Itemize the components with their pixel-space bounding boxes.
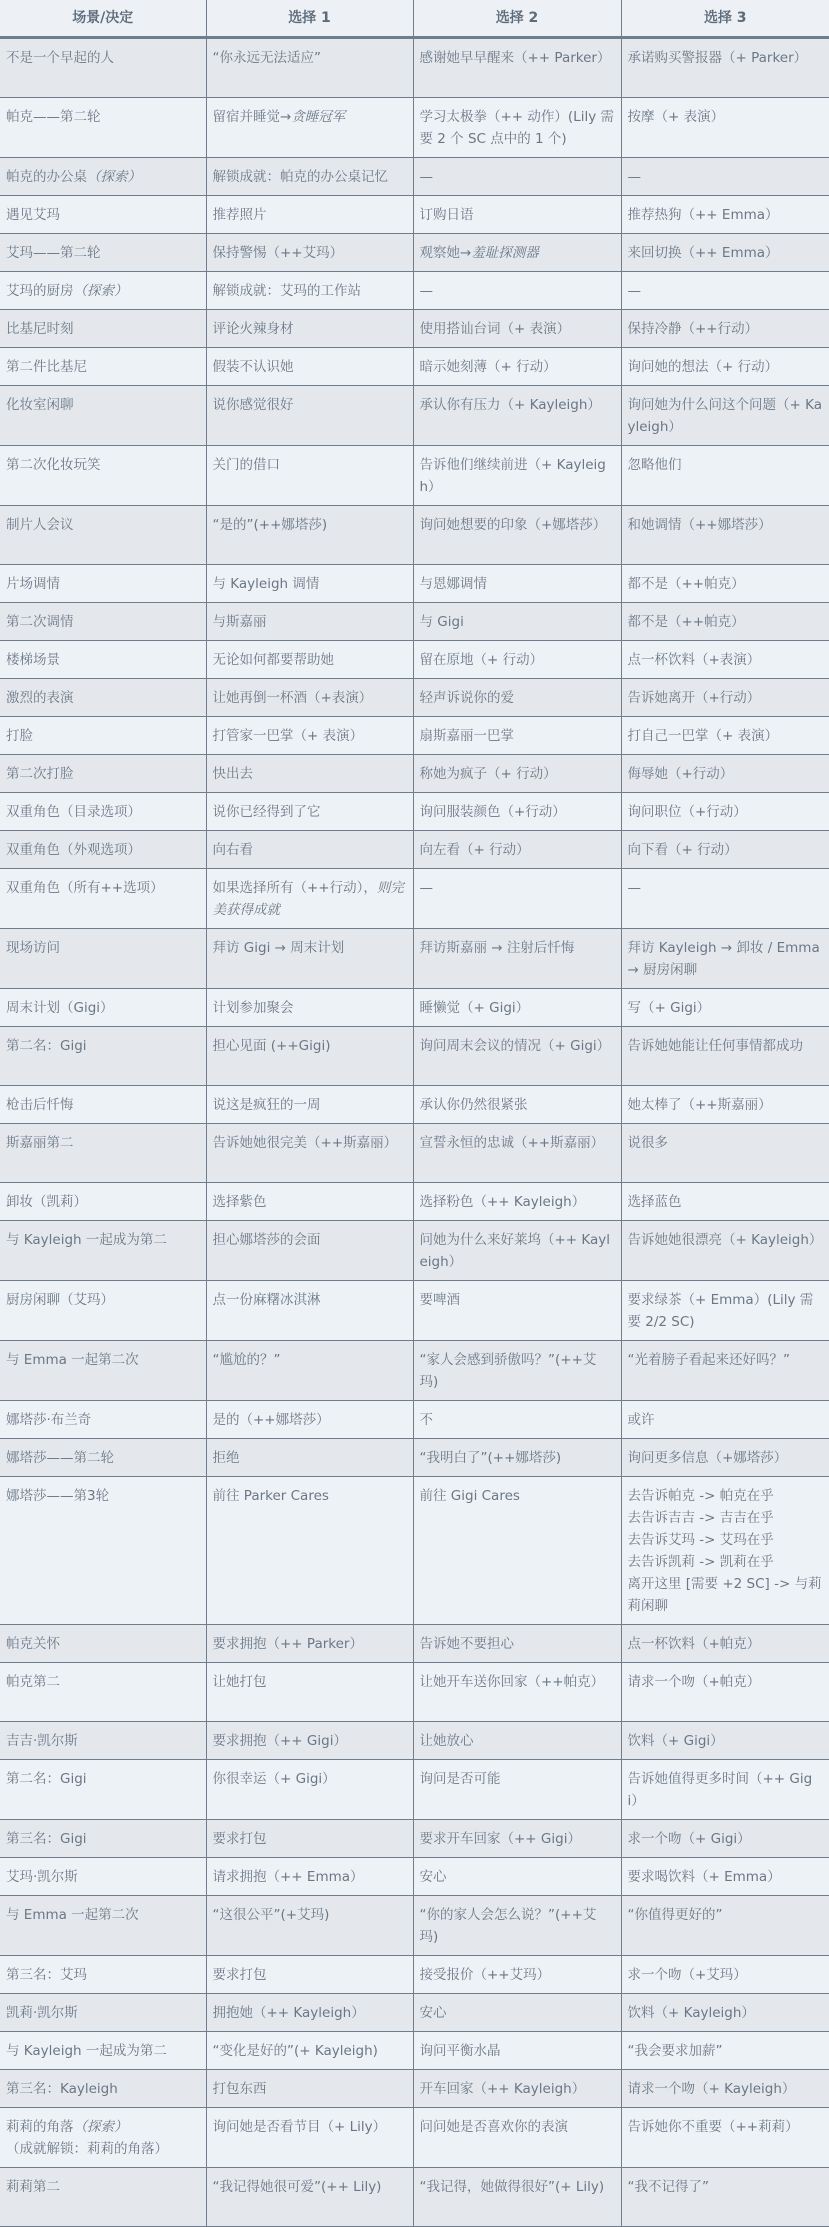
scene-cell: 吉吉·凯尔斯 [0, 1722, 206, 1760]
choice-2-cell-text: 学习太极拳（++ 动作）(Lily 需要 2 个 SC 点中的 1 个) [420, 109, 614, 147]
choice-3-cell: 请求一个吻（+帕克） [621, 1663, 829, 1722]
choice-2-cell: 留在原地（+ 行动） [413, 641, 621, 679]
choice-3-cell: 点一杯饮料（+表演） [621, 641, 829, 679]
choice-1-cell-text: 让她再倒一杯酒（+表演） [213, 690, 373, 706]
table-row: 制片人会议“是的”(++娜塔莎)询问她想要的印象（+娜塔莎）和她调情（++娜塔莎… [0, 506, 829, 565]
choice-2-cell: 与恩娜调情 [413, 565, 621, 603]
table-row: 帕克的办公桌（探索）解锁成就：帕克的办公桌记忆—— [0, 158, 829, 196]
choice-3-cell-text: — [628, 880, 642, 896]
choice-2-cell: 轻声诉说你的爱 [413, 679, 621, 717]
scene-cell-text: 与 Kayleigh 一起成为第二 [6, 1232, 167, 1248]
choice-1-cell-text: 如果选择所有（++行动）， [213, 880, 377, 896]
scene-cell-text: 卸妆（凯莉） [6, 1194, 87, 1210]
choice-3-cell: 推荐热狗（++ Emma） [621, 196, 829, 234]
scene-cell: 制片人会议 [0, 506, 206, 565]
choice-1-cell-text: 无论如何都要帮助她 [213, 652, 335, 668]
scene-cell-text: 凯莉·凯尔斯 [6, 2005, 78, 2021]
choice-1-cell: 与斯嘉丽 [206, 603, 413, 641]
choice-3-cell: 告诉她离开（+行动） [621, 679, 829, 717]
choice-3-cell: 都不是（++帕克） [621, 603, 829, 641]
choice-2-cell-text: 开车回家（++ Kayleigh） [420, 2081, 586, 2097]
choice-2-cell: 问她为什么来好莱坞（++ Kayleigh） [413, 1221, 621, 1281]
choice-2-cell: 询问是否可能 [413, 1760, 621, 1820]
choice-2-cell: 开车回家（++ Kayleigh） [413, 2070, 621, 2108]
choice-2-cell-text: 接受报价（++艾玛） [420, 1967, 551, 1983]
scene-cell-text: 斯嘉丽第二 [6, 1135, 74, 1151]
scene-cell-text: 第三名：Kayleigh [6, 2081, 118, 2097]
choice-2-cell: 询问周末会议的情况（+ Gigi） [413, 1027, 621, 1086]
choice-2-cell-text: 订购日语 [420, 207, 474, 223]
choice-3-cell-text: 请求一个吻（+帕克） [628, 1674, 761, 1690]
choice-1-cell: 与 Kayleigh 调情 [206, 565, 413, 603]
choice-3-cell-text: — [628, 283, 642, 299]
choice-1-cell-text: 拥抱她（++ Kayleigh） [213, 2005, 365, 2021]
choice-2-cell-text: 轻声诉说你的爱 [420, 690, 515, 706]
choice-2-cell: 称她为疯子（+ 行动） [413, 755, 621, 793]
choice-3-line: 去告诉吉吉 -> 吉吉在乎 [628, 1507, 823, 1529]
choice-2-cell-text: — [420, 880, 434, 896]
choice-1-cell-text: 与斯嘉丽 [213, 614, 267, 630]
scene-cell: 双重角色（外观选项） [0, 831, 206, 869]
choice-1-cell: 你很幸运（+ Gigi） [206, 1760, 413, 1820]
scene-cell: 第二次调情 [0, 603, 206, 641]
choice-2-cell: 扇斯嘉丽一巴掌 [413, 717, 621, 755]
choice-3-cell: 选择蓝色 [621, 1183, 829, 1221]
choice-2-cell-text: 与恩娜调情 [420, 576, 488, 592]
choice-2-cell-text: “你的家人会怎么说？”(++艾玛) [420, 1907, 597, 1945]
choice-2-cell-text: 要啤酒 [420, 1292, 461, 1308]
choice-1-cell: 关门的借口 [206, 446, 413, 506]
choice-1-cell-text: 解锁成就：帕克的办公桌记忆 [213, 169, 389, 185]
scene-cell: 莉莉第二 [0, 2168, 206, 2227]
scene-cell-text: 第二件比基尼 [6, 359, 87, 375]
scene-cell: 打脸 [0, 717, 206, 755]
choice-2-cell: 询问她想要的印象（+娜塔莎） [413, 506, 621, 565]
choice-1-cell: 假装不认识她 [206, 348, 413, 386]
scene-cell-text: 艾玛的厨房 [6, 283, 74, 299]
scene-cell: 激烈的表演 [0, 679, 206, 717]
choice-3-cell-text: 推荐热狗（++ Emma） [628, 207, 779, 223]
table-row: 娜塔莎·布兰奇是的（++娜塔莎）不或许 [0, 1401, 829, 1439]
choice-2-cell-text: 感谢她早早醒来（++ Parker） [420, 50, 611, 66]
table-row: 周末计划（Gigi）计划参加聚会睡懒觉（+ Gigi）写（+ Gigi） [0, 989, 829, 1027]
choice-3-cell-text: 和她调情（++娜塔莎） [628, 517, 772, 533]
choice-3-cell: 请求一个吻（+ Kayleigh） [621, 2070, 829, 2108]
choice-1-cell-text: 留宿并睡觉→ [213, 109, 292, 125]
choice-1-cell-text: 向右看 [213, 842, 254, 858]
choice-2-cell-text: 问问她是否喜欢你的表演 [420, 2119, 569, 2135]
choice-3-cell: 告诉她她能让任何事情都成功 [621, 1027, 829, 1086]
choice-2-cell-text: 询问是否可能 [420, 1771, 501, 1787]
scene-cell: 厨房闲聊（艾玛） [0, 1281, 206, 1341]
choice-3-cell: 询问更多信息（+娜塔莎） [621, 1439, 829, 1477]
choice-2-cell-text: — [420, 283, 434, 299]
choice-3-cell: 和她调情（++娜塔莎） [621, 506, 829, 565]
choice-3-cell: — [621, 158, 829, 196]
table-row: 第二名：Gigi你很幸运（+ Gigi）询问是否可能告诉她值得更多时间（++ G… [0, 1760, 829, 1820]
scene-cell: 斯嘉丽第二 [0, 1124, 206, 1183]
choice-3-cell: 饮料（+ Gigi） [621, 1722, 829, 1760]
choice-3-line: 去告诉凯莉 -> 凯莉在乎 [628, 1551, 823, 1573]
choice-2-cell: 前往 Gigi Cares [413, 1477, 621, 1625]
choice-3-cell: — [621, 272, 829, 310]
choice-2-cell: “我明白了”(++娜塔莎) [413, 1439, 621, 1477]
choice-1-cell-text: 计划参加聚会 [213, 1000, 294, 1016]
choice-3-cell: 说很多 [621, 1124, 829, 1183]
choice-3-cell-text: 或许 [628, 1412, 655, 1428]
choice-1-cell: 告诉她她很完美（++斯嘉丽） [206, 1124, 413, 1183]
choice-1-cell: “你永远无法适应” [206, 38, 413, 98]
choice-2-cell: 睡懒觉（+ Gigi） [413, 989, 621, 1027]
choice-3-cell-text: “光着膀子看起来还好吗？” [628, 1352, 791, 1368]
choice-2-cell: 让她放心 [413, 1722, 621, 1760]
choice-2-cell-text: 选择粉色（++ Kayleigh） [420, 1194, 586, 1210]
scene-cell-text: 娜塔莎——第二轮 [6, 1450, 114, 1466]
scene-cell: 卸妆（凯莉） [0, 1183, 206, 1221]
table-row: 比基尼时刻评论火辣身材使用搭讪台词（+ 表演）保持冷静（++行动） [0, 310, 829, 348]
choice-2-cell: 暗示她刻薄（+ 行动） [413, 348, 621, 386]
table-row: 帕克第二让她打包让她开车送你回家（++帕克）请求一个吻（+帕克） [0, 1663, 829, 1722]
choice-3-line: 离开这里 [需要 +2 SC] -> 与莉莉闲聊 [628, 1573, 823, 1617]
choice-2-cell: 告诉他们继续前进（+ Kayleigh） [413, 446, 621, 506]
scene-cell-text: 双重角色（所有++选项） [6, 880, 164, 896]
scene-cell-text: 双重角色（目录选项） [6, 804, 141, 820]
choice-2-cell: — [413, 158, 621, 196]
choice-1-cell: 打包东西 [206, 2070, 413, 2108]
choice-1-cell-text: “变化是好的”(+ Kayleigh) [213, 2043, 378, 2059]
choice-1-cell-text: 说你已经得到了它 [213, 804, 321, 820]
choice-2-cell: 选择粉色（++ Kayleigh） [413, 1183, 621, 1221]
choice-2-cell-text: “家人会感到骄傲吗？”(++艾玛) [420, 1352, 597, 1390]
choice-1-cell: 说你已经得到了它 [206, 793, 413, 831]
choice-1-cell-text: 告诉她她很完美（++斯嘉丽） [213, 1135, 398, 1151]
choice-1-cell: “是的”(++娜塔莎) [206, 506, 413, 565]
choice-3-cell: 打自己一巴掌（+ 表演） [621, 717, 829, 755]
choice-3-cell-text: 承诺购买警报器（+ Parker） [628, 50, 808, 66]
choice-2-cell: 不 [413, 1401, 621, 1439]
choice-1-cell: 前往 Parker Cares [206, 1477, 413, 1625]
choice-2-cell: 询问服装颜色（+行动） [413, 793, 621, 831]
choice-2-cell-text: 睡懒觉（+ Gigi） [420, 1000, 530, 1016]
scene-cell-text: 娜塔莎·布兰奇 [6, 1412, 91, 1428]
table-row: 凯莉·凯尔斯拥抱她（++ Kayleigh）安心饮料（+ Kayleigh） [0, 1994, 829, 2032]
choice-3-cell: 询问她为什么问这个问题（+ Kayleigh） [621, 386, 829, 446]
choice-2-cell-text: 扇斯嘉丽一巴掌 [420, 728, 515, 744]
choice-3-cell: 她太棒了（++斯嘉丽） [621, 1086, 829, 1124]
choice-1-cell-text: 询问她是否看节目（+ Lily） [213, 2119, 387, 2135]
table-row: 卸妆（凯莉）选择紫色选择粉色（++ Kayleigh）选择蓝色 [0, 1183, 829, 1221]
choice-1-cell: 保持警惕（++艾玛） [206, 234, 413, 272]
choice-3-cell-text: 说很多 [628, 1135, 669, 1151]
choice-1-cell-text: 让她打包 [213, 1674, 267, 1690]
scene-cell: 现场访问 [0, 929, 206, 989]
table-header-row: 场景/决定 选择 1 选择 2 选择 3 [0, 0, 829, 38]
choice-3-cell-text: 写（+ Gigi） [628, 1000, 711, 1016]
choice-1-cell: 说你感觉很好 [206, 386, 413, 446]
choice-3-cell-text: 询问职位（+行动） [628, 804, 747, 820]
table-row: 双重角色（目录选项）说你已经得到了它询问服装颜色（+行动）询问职位（+行动） [0, 793, 829, 831]
choice-2-cell-text: 要求开车回家（++ Gigi） [420, 1831, 581, 1847]
table-row: 与 Emma 一起第二次“尴尬的？”“家人会感到骄傲吗？”(++艾玛)“光着膀子… [0, 1341, 829, 1401]
choice-1-cell-text: 要求拥抱（++ Gigi） [213, 1733, 347, 1749]
scene-cell-extra-text: （成就解锁：莉莉的角落） [6, 2138, 200, 2160]
choice-3-cell-text: “我会要求加薪” [628, 2043, 723, 2059]
choice-3-cell: 按摩（+ 表演） [621, 98, 829, 158]
scene-cell: 片场调情 [0, 565, 206, 603]
table-row: 娜塔莎——第二轮拒绝“我明白了”(++娜塔莎)询问更多信息（+娜塔莎） [0, 1439, 829, 1477]
table-row: 双重角色（外观选项）向右看向左看（+ 行动）向下看（+ 行动） [0, 831, 829, 869]
choice-1-cell-text: “你永远无法适应” [213, 50, 322, 66]
choice-3-cell: — [621, 869, 829, 929]
table-row: 与 Kayleigh 一起成为第二“变化是好的”(+ Kayleigh)询问平衡… [0, 2032, 829, 2070]
table-row: 双重角色（所有++选项）如果选择所有（++行动），则完美获得成就—— [0, 869, 829, 929]
scene-cell: 凯莉·凯尔斯 [0, 1994, 206, 2032]
choice-2-cell-text: 安心 [420, 1869, 447, 1885]
scene-cell-italic-text: （探索） [74, 2119, 128, 2135]
choice-1-cell: 请求拥抱（++ Emma） [206, 1858, 413, 1896]
choice-1-cell: 让她再倒一杯酒（+表演） [206, 679, 413, 717]
choice-1-cell: 解锁成就：艾玛的工作站 [206, 272, 413, 310]
choice-1-cell: 让她打包 [206, 1663, 413, 1722]
table-row: 第三名：Gigi要求打包要求开车回家（++ Gigi）求一个吻（+ Gigi） [0, 1820, 829, 1858]
choice-2-cell: 订购日语 [413, 196, 621, 234]
choice-1-cell-text: 点一份麻糬冰淇淋 [213, 1292, 321, 1308]
choice-1-cell-text: 是的（++娜塔莎） [213, 1412, 330, 1428]
scene-cell: 第二次打脸 [0, 755, 206, 793]
choice-1-cell-text: 前往 Parker Cares [213, 1488, 329, 1504]
choice-1-cell: 要求拥抱（++ Parker） [206, 1625, 413, 1663]
choice-3-cell: 向下看（+ 行动） [621, 831, 829, 869]
scene-cell: 化妆室闲聊 [0, 386, 206, 446]
scene-cell: 帕克——第二轮 [0, 98, 206, 158]
scene-cell: 娜塔莎——第二轮 [0, 1439, 206, 1477]
choice-2-cell-text: 询问周末会议的情况（+ Gigi） [420, 1038, 611, 1054]
choice-3-cell-text: 询问她的想法（+ 行动） [628, 359, 779, 375]
choice-2-cell-text: 不 [420, 1412, 434, 1428]
choice-2-cell-text: 问她为什么来好莱坞（++ Kayleigh） [420, 1232, 611, 1270]
choice-3-cell: 告诉她值得更多时间（++ Gigi） [621, 1760, 829, 1820]
scene-cell-text: 吉吉·凯尔斯 [6, 1733, 78, 1749]
choice-3-cell: 保持冷静（++行动） [621, 310, 829, 348]
scene-cell: 与 Emma 一起第二次 [0, 1341, 206, 1401]
table-row: 帕克——第二轮留宿并睡觉→贪睡冠军学习太极拳（++ 动作）(Lily 需要 2 … [0, 98, 829, 158]
choice-2-cell-text: “我记得，她做得很好”(+ Lily) [420, 2179, 605, 2195]
choice-1-cell-text: “是的”(++娜塔莎) [213, 517, 328, 533]
choice-2-cell-text: 让她放心 [420, 1733, 474, 1749]
choice-3-cell: “我不记得了” [621, 2168, 829, 2227]
choice-3-cell-text: 请求一个吻（+ Kayleigh） [628, 2081, 796, 2097]
choice-1-cell-text: “这很公平”(+艾玛) [213, 1907, 330, 1923]
choice-1-cell: 如果选择所有（++行动），则完美获得成就 [206, 869, 413, 929]
choice-3-cell-text: 告诉她她很漂亮（+ Kayleigh） [628, 1232, 823, 1248]
choice-1-cell-text: 关门的借口 [213, 457, 281, 473]
table-row: 帕克关怀要求拥抱（++ Parker）告诉她不要担心点一杯饮料（+帕克） [0, 1625, 829, 1663]
choice-2-cell: 要啤酒 [413, 1281, 621, 1341]
choice-3-cell: 都不是（++帕克） [621, 565, 829, 603]
scene-cell-text: 与 Emma 一起第二次 [6, 1907, 139, 1923]
choice-2-cell: 学习太极拳（++ 动作）(Lily 需要 2 个 SC 点中的 1 个) [413, 98, 621, 158]
choice-2-cell-text: 询问她想要的印象（+娜塔莎） [420, 517, 607, 533]
choice-3-cell-text: 她太棒了（++斯嘉丽） [628, 1097, 772, 1113]
choice-2-cell: — [413, 272, 621, 310]
scene-cell-text: 艾玛——第二轮 [6, 245, 101, 261]
choice-1-cell: 拥抱她（++ Kayleigh） [206, 1994, 413, 2032]
choice-1-cell-text: 与 Kayleigh 调情 [213, 576, 320, 592]
scene-cell: 与 Emma 一起第二次 [0, 1896, 206, 1956]
choice-1-cell-text: 打包东西 [213, 2081, 267, 2097]
choice-2-cell: 承认你仍然很紧张 [413, 1086, 621, 1124]
table-row: 不是一个早起的人“你永远无法适应”感谢她早早醒来（++ Parker）承诺购买警… [0, 38, 829, 98]
scene-cell-text: 莉莉的角落 [6, 2119, 74, 2135]
choice-1-cell-text: 快出去 [213, 766, 254, 782]
choice-3-cell-text: 告诉她她能让任何事情都成功 [628, 1038, 804, 1054]
scene-cell: 楼梯场景 [0, 641, 206, 679]
choice-2-cell-text: “我明白了”(++娜塔莎) [420, 1450, 562, 1466]
choice-2-cell: 安心 [413, 1858, 621, 1896]
choice-3-cell-text: 都不是（++帕克） [628, 576, 745, 592]
table-row: 莉莉第二“我记得她很可爱”(++ Lily)“我记得，她做得很好”(+ Lily… [0, 2168, 829, 2227]
scene-cell-text: 不是一个早起的人 [6, 50, 114, 66]
choice-1-cell: 说这是疯狂的一周 [206, 1086, 413, 1124]
scene-cell: 第二名：Gigi [0, 1027, 206, 1086]
choice-2-cell: 宣誓永恒的忠诚（++斯嘉丽） [413, 1124, 621, 1183]
scene-cell-text: 帕克第二 [6, 1674, 60, 1690]
choice-3-cell: 告诉她她很漂亮（+ Kayleigh） [621, 1221, 829, 1281]
choice-1-cell-text: “尴尬的？” [213, 1352, 281, 1368]
scene-cell-text: 打脸 [6, 728, 33, 744]
choice-1-cell-text: 要求打包 [213, 1967, 267, 1983]
table-row: 厨房闲聊（艾玛）点一份麻糬冰淇淋要啤酒要求绿茶（+ Emma）(Lily 需要 … [0, 1281, 829, 1341]
choice-3-cell: 要求喝饮料（+ Emma） [621, 1858, 829, 1896]
scene-cell-text: 激烈的表演 [6, 690, 74, 706]
choice-3-cell-text: 向下看（+ 行动） [628, 842, 738, 858]
scene-cell: 与 Kayleigh 一起成为第二 [0, 1221, 206, 1281]
choice-3-cell: 求一个吻（+艾玛） [621, 1956, 829, 1994]
scene-cell: 与 Kayleigh 一起成为第二 [0, 2032, 206, 2070]
choice-3-cell: 来回切换（++ Emma） [621, 234, 829, 272]
scene-cell: 第三名：艾玛 [0, 1956, 206, 1994]
scene-cell-text: 第二名：Gigi [6, 1038, 87, 1054]
choice-2-cell-text: 告诉他们继续前进（+ Kayleigh） [420, 457, 606, 495]
choice-3-cell: 忽略他们 [621, 446, 829, 506]
scene-cell: 帕克第二 [0, 1663, 206, 1722]
header-choice-1: 选择 1 [206, 0, 413, 38]
choice-2-cell-text: 承认你有压力（+ Kayleigh） [420, 397, 601, 413]
scene-cell-text: 片场调情 [6, 576, 60, 592]
choice-1-cell-text: 推荐照片 [213, 207, 267, 223]
scene-cell-text: 现场访问 [6, 940, 60, 956]
choice-2-cell: 使用搭讪台词（+ 表演） [413, 310, 621, 348]
choice-2-cell: 向左看（+ 行动） [413, 831, 621, 869]
choice-3-cell-text: 选择蓝色 [628, 1194, 682, 1210]
choice-3-cell-text: 饮料（+ Gigi） [628, 1733, 724, 1749]
choice-3-cell-text: 按摩（+ 表演） [628, 109, 725, 125]
choice-2-cell: 与 Gigi [413, 603, 621, 641]
choice-2-cell: “你的家人会怎么说？”(++艾玛) [413, 1896, 621, 1956]
choice-3-cell: 询问职位（+行动） [621, 793, 829, 831]
choice-2-cell-text: 拜访斯嘉丽 → 注射后忏悔 [420, 940, 575, 956]
choice-2-cell: 观察她→羞耻探测器 [413, 234, 621, 272]
choice-1-cell-text: 请求拥抱（++ Emma） [213, 1869, 364, 1885]
table-row: 枪击后忏悔说这是疯狂的一周承认你仍然很紧张她太棒了（++斯嘉丽） [0, 1086, 829, 1124]
choice-2-cell: 问问她是否喜欢你的表演 [413, 2108, 621, 2168]
choice-1-cell: 无论如何都要帮助她 [206, 641, 413, 679]
table-row: 楼梯场景无论如何都要帮助她留在原地（+ 行动）点一杯饮料（+表演） [0, 641, 829, 679]
choice-2-cell: 要求开车回家（++ Gigi） [413, 1820, 621, 1858]
scene-cell: 双重角色（目录选项） [0, 793, 206, 831]
choice-1-cell-text: 要求拥抱（++ Parker） [213, 1636, 363, 1652]
choice-1-cell: 拒绝 [206, 1439, 413, 1477]
choice-3-cell: 点一杯饮料（+帕克） [621, 1625, 829, 1663]
choice-2-cell: 承认你有压力（+ Kayleigh） [413, 386, 621, 446]
scene-cell-italic-text: （探索） [74, 283, 128, 299]
choice-1-cell-text: 拜访 Gigi → 周末计划 [213, 940, 345, 956]
scene-cell-text: 艾玛·凯尔斯 [6, 1869, 78, 1885]
choice-2-cell-text: 与 Gigi [420, 614, 464, 630]
scene-cell: 第二次化妆玩笑 [0, 446, 206, 506]
choice-3-cell-text: 来回切换（++ Emma） [628, 245, 779, 261]
choice-3-cell: 写（+ Gigi） [621, 989, 829, 1027]
table-row: 片场调情与 Kayleigh 调情与恩娜调情都不是（++帕克） [0, 565, 829, 603]
scene-cell: 娜塔莎——第3轮 [0, 1477, 206, 1625]
choice-2-cell-text: 前往 Gigi Cares [420, 1488, 520, 1504]
scene-cell-text: 遇见艾玛 [6, 207, 60, 223]
choice-1-cell: 是的（++娜塔莎） [206, 1401, 413, 1439]
choice-1-cell-text: 要求打包 [213, 1831, 267, 1847]
choice-1-cell: 推荐照片 [206, 196, 413, 234]
table-row: 莉莉的角落（探索）（成就解锁：莉莉的角落）询问她是否看节目（+ Lily）问问她… [0, 2108, 829, 2168]
choice-2-cell-text: 观察她→ [420, 245, 472, 261]
scene-cell: 帕克的办公桌（探索） [0, 158, 206, 196]
scene-cell-text: 第三名：艾玛 [6, 1967, 87, 1983]
scene-cell: 遇见艾玛 [0, 196, 206, 234]
choice-1-cell-text: 担心娜塔莎的会面 [213, 1232, 321, 1248]
choice-3-line: 去告诉帕克 -> 帕克在乎 [628, 1485, 823, 1507]
choice-1-cell-text: 评论火辣身材 [213, 321, 294, 337]
scene-cell-text: 帕克的办公桌 [6, 169, 87, 185]
table-row: 打脸打管家一巴掌（+ 表演）扇斯嘉丽一巴掌打自己一巴掌（+ 表演） [0, 717, 829, 755]
choice-1-cell: 担心见面 (++Gigi) [206, 1027, 413, 1086]
choice-1-cell: 计划参加聚会 [206, 989, 413, 1027]
choice-1-cell: “我记得她很可爱”(++ Lily) [206, 2168, 413, 2227]
choice-3-cell: 去告诉帕克 -> 帕克在乎去告诉吉吉 -> 吉吉在乎去告诉艾玛 -> 艾玛在乎去… [621, 1477, 829, 1625]
choice-3-cell: 求一个吻（+ Gigi） [621, 1820, 829, 1858]
choice-3-cell-text: 求一个吻（+ Gigi） [628, 1831, 751, 1847]
choice-2-cell: 让她开车送你回家（++帕克） [413, 1663, 621, 1722]
choice-1-cell: 担心娜塔莎的会面 [206, 1221, 413, 1281]
scene-cell: 第三名：Gigi [0, 1820, 206, 1858]
choice-3-cell: “你值得更好的” [621, 1896, 829, 1956]
table-row: 与 Emma 一起第二次“这很公平”(+艾玛)“你的家人会怎么说？”(++艾玛)… [0, 1896, 829, 1956]
table-row: 斯嘉丽第二告诉她她很完美（++斯嘉丽）宣誓永恒的忠诚（++斯嘉丽）说很多 [0, 1124, 829, 1183]
scene-cell-text: 双重角色（外观选项） [6, 842, 141, 858]
choice-1-cell-text: 假装不认识她 [213, 359, 294, 375]
choice-2-cell: 感谢她早早醒来（++ Parker） [413, 38, 621, 98]
scene-cell: 帕克关怀 [0, 1625, 206, 1663]
scene-cell-text: 第二次化妆玩笑 [6, 457, 101, 473]
choice-1-cell: 拜访 Gigi → 周末计划 [206, 929, 413, 989]
scene-cell-text: 帕克关怀 [6, 1636, 60, 1652]
scene-cell: 周末计划（Gigi） [0, 989, 206, 1027]
choice-1-cell: 评论火辣身材 [206, 310, 413, 348]
header-choice-2: 选择 2 [413, 0, 621, 38]
choice-3-cell-text: 点一杯饮料（+帕克） [628, 1636, 761, 1652]
choice-3-cell: “我会要求加薪” [621, 2032, 829, 2070]
choice-1-cell-text: 你很幸运（+ Gigi） [213, 1771, 336, 1787]
choice-3-cell: 询问她的想法（+ 行动） [621, 348, 829, 386]
scene-cell-text: 化妆室闲聊 [6, 397, 74, 413]
table-row: 第二次化妆玩笑关门的借口告诉他们继续前进（+ Kayleigh）忽略他们 [0, 446, 829, 506]
